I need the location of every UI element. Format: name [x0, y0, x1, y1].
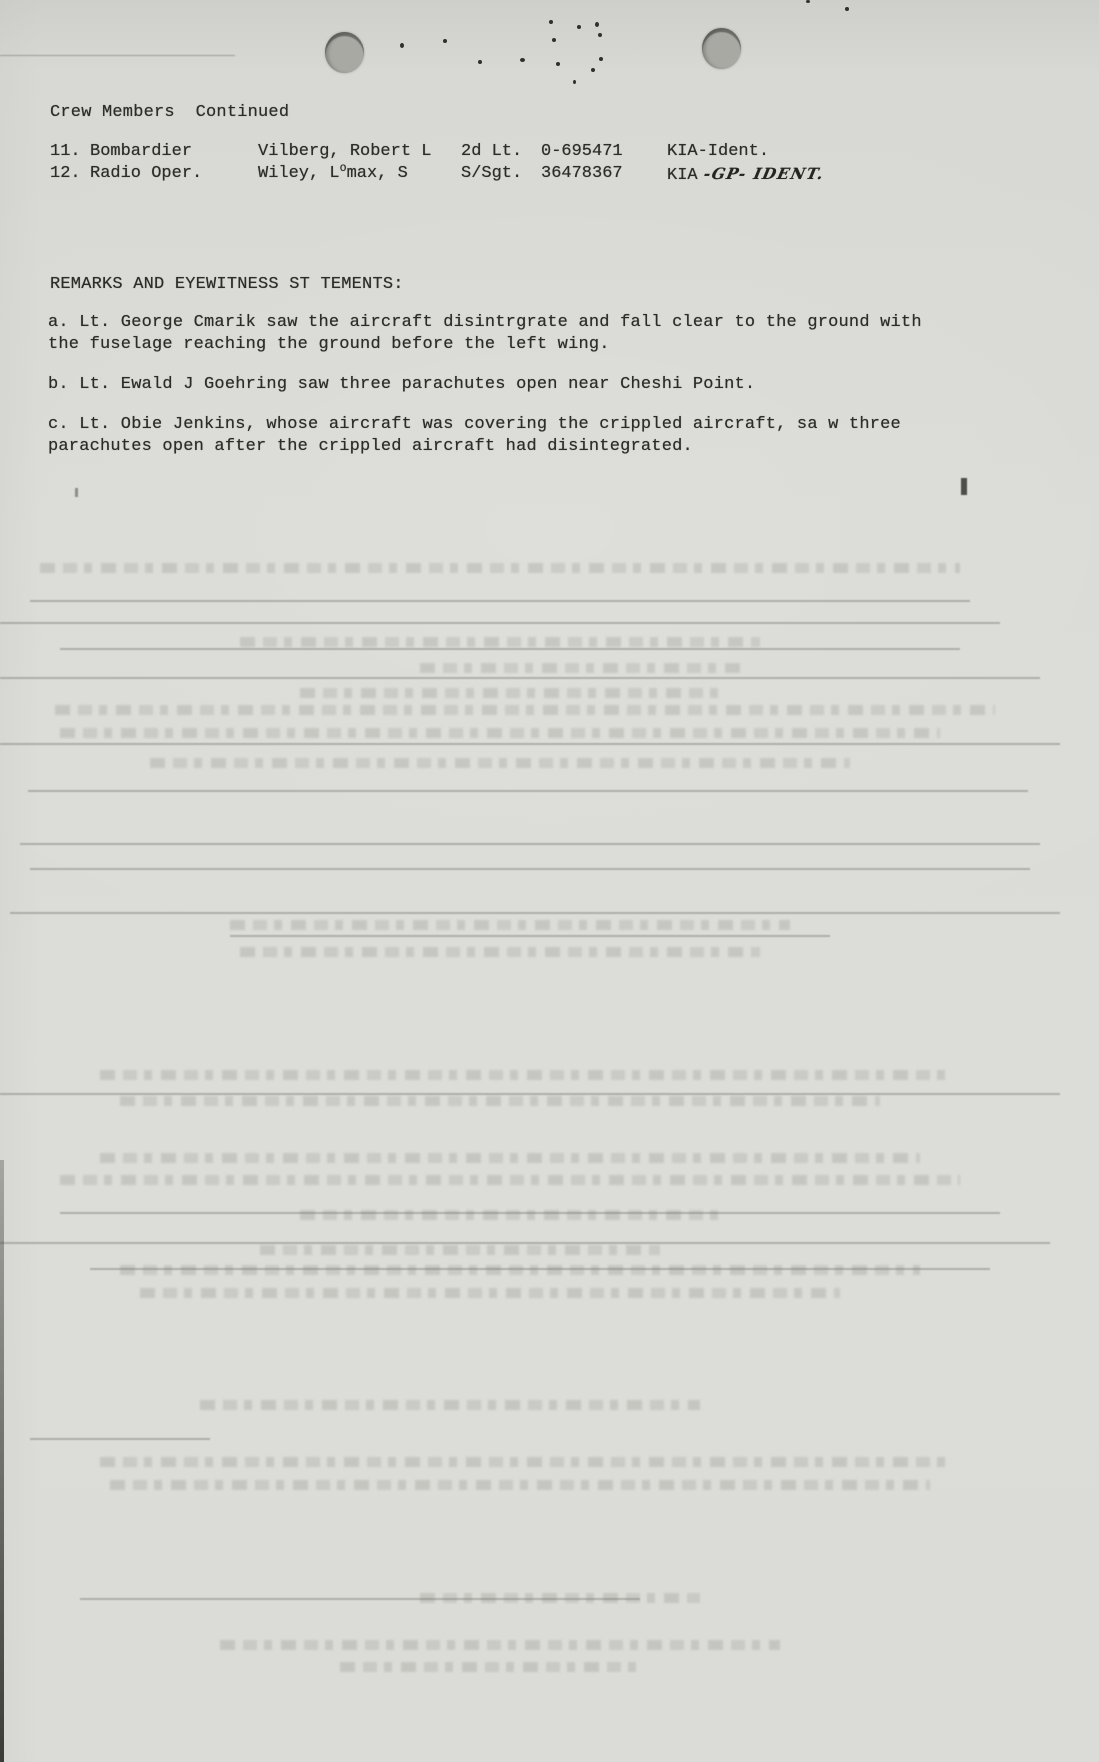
crew-name-part: Wiley, L — [258, 164, 340, 183]
ink-speck — [591, 68, 595, 72]
ink-speck — [520, 58, 525, 62]
scan-artifact-line — [0, 55, 235, 56]
ink-speck — [556, 62, 560, 66]
bleedthrough-text — [220, 1640, 780, 1650]
ink-speck — [478, 60, 482, 64]
bleedthrough-line — [28, 790, 1028, 792]
ink-speck — [549, 20, 553, 24]
ink-speck — [443, 39, 447, 43]
bleedthrough-text — [60, 1175, 960, 1185]
crew-status-handwritten-annotation: -GP- IDENT. — [701, 163, 826, 185]
crew-position: Radio Oper. — [90, 163, 258, 187]
remark-paragraph-c: c. Lt. Obie Jenkins, whose aircraft was … — [48, 414, 988, 457]
bleedthrough-text — [420, 1593, 700, 1603]
bleedthrough-text — [420, 663, 740, 673]
bleedthrough-line — [10, 912, 1060, 914]
ink-speck — [595, 22, 599, 27]
bleedthrough-text — [300, 688, 720, 698]
bleedthrough-line — [0, 1093, 1060, 1095]
crew-serial: 0-695471 — [541, 141, 667, 163]
bleedthrough-line — [60, 648, 960, 650]
bleedthrough-line — [0, 622, 1000, 624]
bleedthrough-text — [60, 728, 940, 738]
crew-status: KIA-GP- IDENT. — [667, 163, 1060, 187]
bleedthrough-text — [260, 1245, 660, 1255]
scan-edge-shadow — [0, 1160, 4, 1762]
section-heading-crew-members: Crew Members Continued — [50, 102, 289, 124]
crew-number: 11. — [50, 141, 90, 163]
crew-name-superscript: o — [340, 162, 347, 175]
section-heading-remarks: REMARKS AND EYEWITNESS ST TEMENTS: — [50, 274, 404, 296]
ink-speck — [806, 0, 810, 3]
bleedthrough-text — [120, 1265, 920, 1275]
bleedthrough-line — [0, 1242, 1050, 1244]
crew-name: Vilberg, Robert L — [258, 141, 461, 163]
bleedthrough-text — [100, 1457, 950, 1467]
ink-speck — [598, 33, 602, 37]
crew-rank: 2d Lt. — [461, 141, 541, 163]
ink-speck — [573, 80, 576, 84]
ink-speck — [845, 7, 849, 11]
bleedthrough-text — [55, 705, 995, 715]
ink-speck — [577, 25, 581, 29]
ink-speck — [599, 57, 603, 61]
punch-hole-right — [702, 28, 741, 69]
bleedthrough-text — [100, 1070, 950, 1080]
bleedthrough-line — [230, 935, 830, 937]
bleedthrough-line — [20, 843, 1040, 845]
bleedthrough-text — [120, 1096, 880, 1106]
bleedthrough-line — [30, 1438, 210, 1440]
bleedthrough-line — [0, 677, 1040, 679]
crew-status-typed: KIA — [667, 166, 698, 185]
crew-name-part: max, S — [347, 164, 408, 183]
crew-position: Bombardier — [90, 141, 258, 163]
bleedthrough-text — [340, 1662, 640, 1672]
crew-members-table: 11. Bombardier Vilberg, Robert L 2d Lt. … — [50, 141, 1060, 186]
bleedthrough-line — [0, 743, 1060, 745]
remark-paragraph-a: a. Lt. George Cmarik saw the aircraft di… — [48, 312, 988, 355]
crew-number: 12. — [50, 163, 90, 187]
bleedthrough-line — [30, 600, 970, 602]
crew-row-12: 12. Radio Oper. Wiley, Lomax, S S/Sgt. 3… — [50, 163, 1060, 187]
bleedthrough-text — [200, 1400, 700, 1410]
crew-status: KIA-Ident. — [667, 141, 1060, 163]
bleedthrough-text — [300, 1210, 720, 1220]
bleedthrough-text — [100, 1153, 920, 1163]
crew-serial: 36478367 — [541, 163, 667, 187]
punch-hole-left — [325, 32, 364, 73]
bleedthrough-text — [240, 637, 760, 647]
bleedthrough-text — [140, 1288, 840, 1298]
bleedthrough-text — [230, 920, 790, 930]
scan-artifact-mark — [961, 478, 967, 495]
bleedthrough-text — [240, 947, 760, 957]
bleedthrough-text — [40, 563, 960, 573]
bleedthrough-line — [30, 868, 1030, 870]
crew-row-11: 11. Bombardier Vilberg, Robert L 2d Lt. … — [50, 141, 1060, 163]
bleedthrough-text — [110, 1480, 930, 1490]
bleedthrough-text — [150, 758, 850, 768]
crew-name: Wiley, Lomax, S — [258, 163, 461, 187]
scanned-document-page: Crew Members Continued 11. Bombardier Vi… — [0, 0, 1099, 1762]
scan-artifact-mark — [75, 488, 78, 497]
crew-rank: S/Sgt. — [461, 163, 541, 187]
ink-speck — [552, 38, 556, 42]
ink-speck — [400, 43, 404, 48]
remark-paragraph-b: b. Lt. Ewald J Goehring saw three parach… — [48, 374, 988, 396]
